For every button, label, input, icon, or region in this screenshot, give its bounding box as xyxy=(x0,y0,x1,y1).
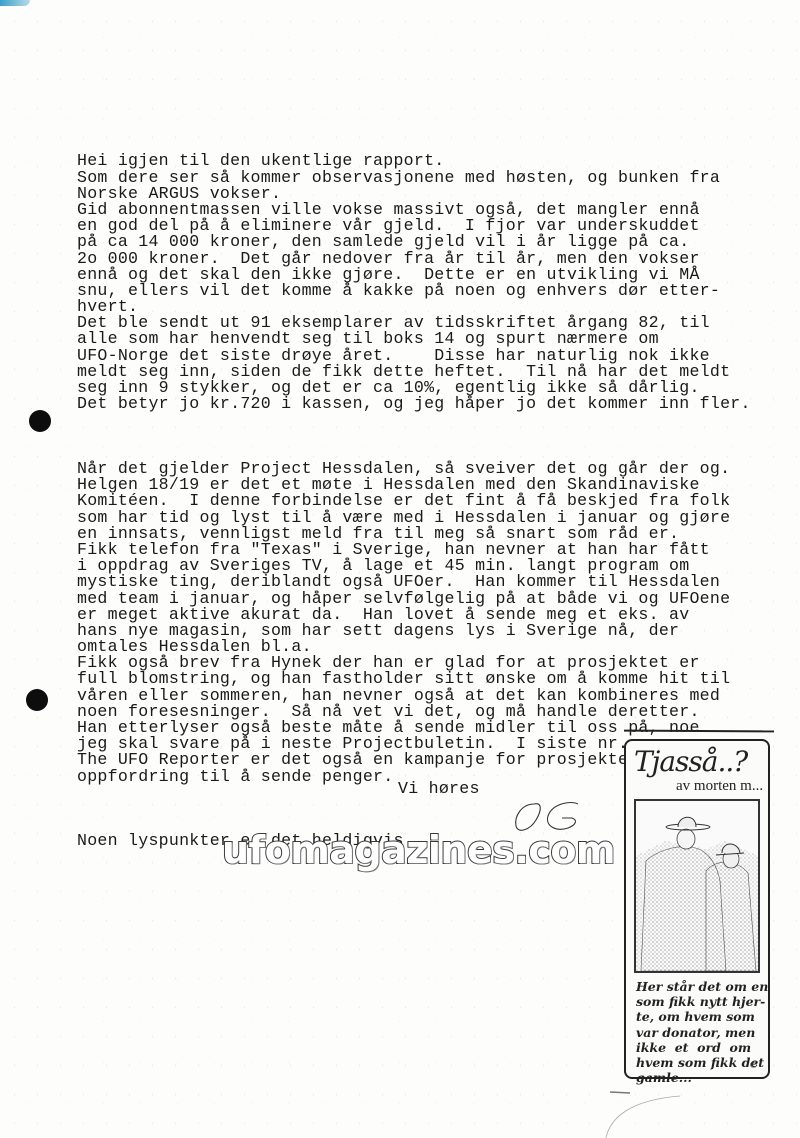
closing-salutation: Vi høres xyxy=(398,779,480,798)
caption-line: hvem som fikk det xyxy=(636,1055,764,1070)
caption-line: gamle... xyxy=(636,1070,764,1085)
caption-line: som fikk nytt hjer- xyxy=(636,994,764,1009)
clipping-illustration xyxy=(634,799,760,973)
two-men-illustration xyxy=(636,801,758,971)
caption-line: te, om hvem som xyxy=(636,1009,764,1024)
watermark: ufomagazines.com xyxy=(222,828,615,872)
caption-line: Her står det om en xyxy=(636,979,764,994)
pencil-mark xyxy=(600,1088,680,1138)
clipping-title: Tjasså..? xyxy=(634,745,747,778)
caption-line: var donator, men xyxy=(636,1025,764,1040)
clipping-caption: Her står det om ensom fikk nytt hjer-te,… xyxy=(636,979,764,1085)
text-line: Det betyr jo kr.720 i kassen, og jeg håp… xyxy=(77,396,757,412)
paragraph-finances: Hei igjen til den ukentlige rapport.Som … xyxy=(77,153,757,412)
scanner-edge xyxy=(0,0,30,6)
newspaper-clipping: Tjasså..? av morten m... Her står det om… xyxy=(624,739,770,1079)
punch-hole-bottom xyxy=(26,689,48,711)
clipping-byline: av morten m... xyxy=(676,778,763,795)
punch-hole-top xyxy=(29,410,51,432)
paragraph-hessdalen: Når det gjelder Project Hessdalen, så sv… xyxy=(77,461,757,785)
copyright-mark: © xyxy=(749,1061,758,1071)
caption-line: ikke et ord om xyxy=(636,1040,764,1055)
text-line: snu, ellers vil det komme å kakke på noe… xyxy=(77,283,757,299)
